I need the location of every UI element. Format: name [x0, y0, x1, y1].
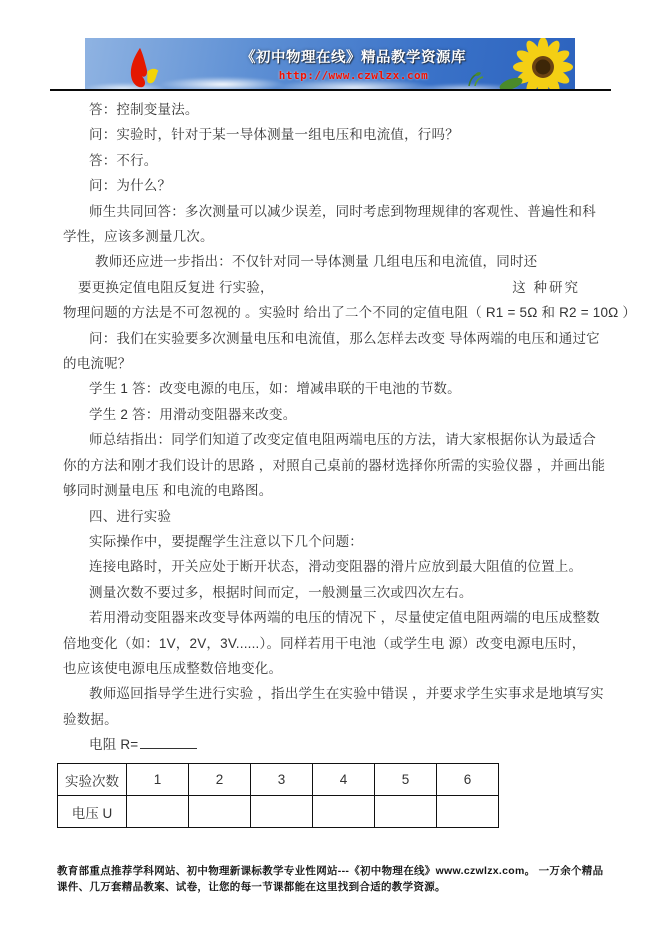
table-cell — [127, 796, 189, 828]
table-header-label: 实验次数 — [58, 764, 127, 796]
research-note: 这 种研究 — [512, 275, 580, 300]
body-line-left: 要更换定值电阻反复进 行实验， — [78, 275, 274, 300]
table-cell — [189, 796, 251, 828]
sunflower-icon — [493, 38, 575, 89]
body-line: 连接电路时，开关应处于断开状态，滑动变阻器的滑片应放到最大阻值的位置上。 — [63, 554, 600, 579]
document-body: 答：控制变量法。 问：实验时，针对于某一导体测量一组电压和电流值，行吗？ 答：不… — [63, 97, 600, 758]
body-line: 学生 2 答：用滑动变阻器来改变。 — [63, 402, 600, 427]
body-line: 问：为什么？ — [63, 173, 600, 198]
body-line: 测量次数不要过多，根据时间而定，一般测量三次或四次左右。 — [63, 580, 600, 605]
table-cell — [437, 796, 499, 828]
table-row: 实验次数 1 2 3 4 5 6 — [58, 764, 499, 796]
body-line: 够同时测量电压 和电流的电路图。 — [63, 478, 600, 503]
fill-in-blank — [140, 734, 197, 749]
body-line: 验数据。 — [63, 707, 600, 732]
table-cell — [313, 796, 375, 828]
table-cell: 3 — [251, 764, 313, 796]
body-line: 教师巡回指导学生进行实验 ，指出学生在实验中错误 ，并要求学生实事求是地填写实 — [63, 681, 600, 706]
table-cell: 6 — [437, 764, 499, 796]
resistance-line: 电阻 R= — [63, 732, 600, 757]
footer-text: 教育部重点推荐学科网站、初中物理新课标教学专业性网站---《初中物理在线》www… — [57, 863, 613, 895]
body-line: 你的方法和刚才我们设计的思路 ，对照自己桌前的器材选择你所需的实验仪器 ，并画出… — [63, 453, 600, 478]
document-page: 《初中物理在线》精品教学资源库 http://www.czwlzx.com — [0, 0, 661, 936]
table-cell — [375, 796, 437, 828]
banner-title: 《初中物理在线》精品教学资源库 — [180, 46, 527, 67]
body-line: 问：我们在实验要多次测量电压和电流值，那么怎样去改变 导体两端的电压和通过它 — [63, 326, 600, 351]
experiment-data-table: 实验次数 1 2 3 4 5 6 电压 U — [57, 763, 499, 828]
body-line: 的电流呢？ — [63, 351, 600, 376]
table-cell: 1 — [127, 764, 189, 796]
flame-logo-icon — [117, 46, 163, 89]
body-line: 学性，应该多测量几次。 — [63, 224, 600, 249]
body-line: 师生共同回答：多次测量可以减少误差，同时考虑到物理规律的客观性、普遍性和科 — [63, 199, 600, 224]
table-row: 电压 U — [58, 796, 499, 828]
resistance-label: 电阻 R= — [89, 737, 138, 752]
horizontal-rule — [50, 89, 611, 91]
body-line: 也应该使电源电压成整数倍地变化。 — [63, 656, 600, 681]
table-cell — [251, 796, 313, 828]
body-line: 师总结指出：同学们知道了改变定值电阻两端电压的方法，请大家根据你认为最适合 — [63, 427, 600, 452]
body-line: 倍地变化（如：1V，2V，3V......）。同样若用干电池（或学生电 源）改变… — [63, 631, 600, 656]
body-line: 物理问题的方法是不可忽视的 。实验时 给出了二个不同的定值电阻（ R1 = 5Ω… — [63, 300, 600, 325]
body-line: 问：实验时，针对于某一导体测量一组电压和电流值，行吗？ — [63, 122, 600, 147]
body-line: 若用滑动变阻器来改变导体两端的电压的情况下 ，尽量使定值电阻两端的电压成整数 — [63, 605, 600, 630]
body-line: 教师还应进一步指出：不仅针对同一导体测量 几组电压和电流值，同时还 — [63, 249, 600, 274]
body-line: 答：控制变量法。 — [63, 97, 600, 122]
body-line: 学生 1 答：改变电源的电压，如：增减串联的干电池的节数。 — [63, 376, 600, 401]
body-line: 答：不行。 — [63, 148, 600, 173]
body-line: 要更换定值电阻反复进 行实验， 这 种研究 — [63, 275, 600, 300]
section-heading: 四、进行实验 — [63, 504, 600, 529]
table-cell: 2 — [189, 764, 251, 796]
table-cell: 5 — [375, 764, 437, 796]
plant-decoration — [465, 70, 487, 89]
table-cell: 4 — [313, 764, 375, 796]
site-banner: 《初中物理在线》精品教学资源库 http://www.czwlzx.com — [85, 38, 575, 89]
body-line: 实际操作中，要提醒学生注意以下几个问题： — [63, 529, 600, 554]
table-row-label: 电压 U — [58, 796, 127, 828]
